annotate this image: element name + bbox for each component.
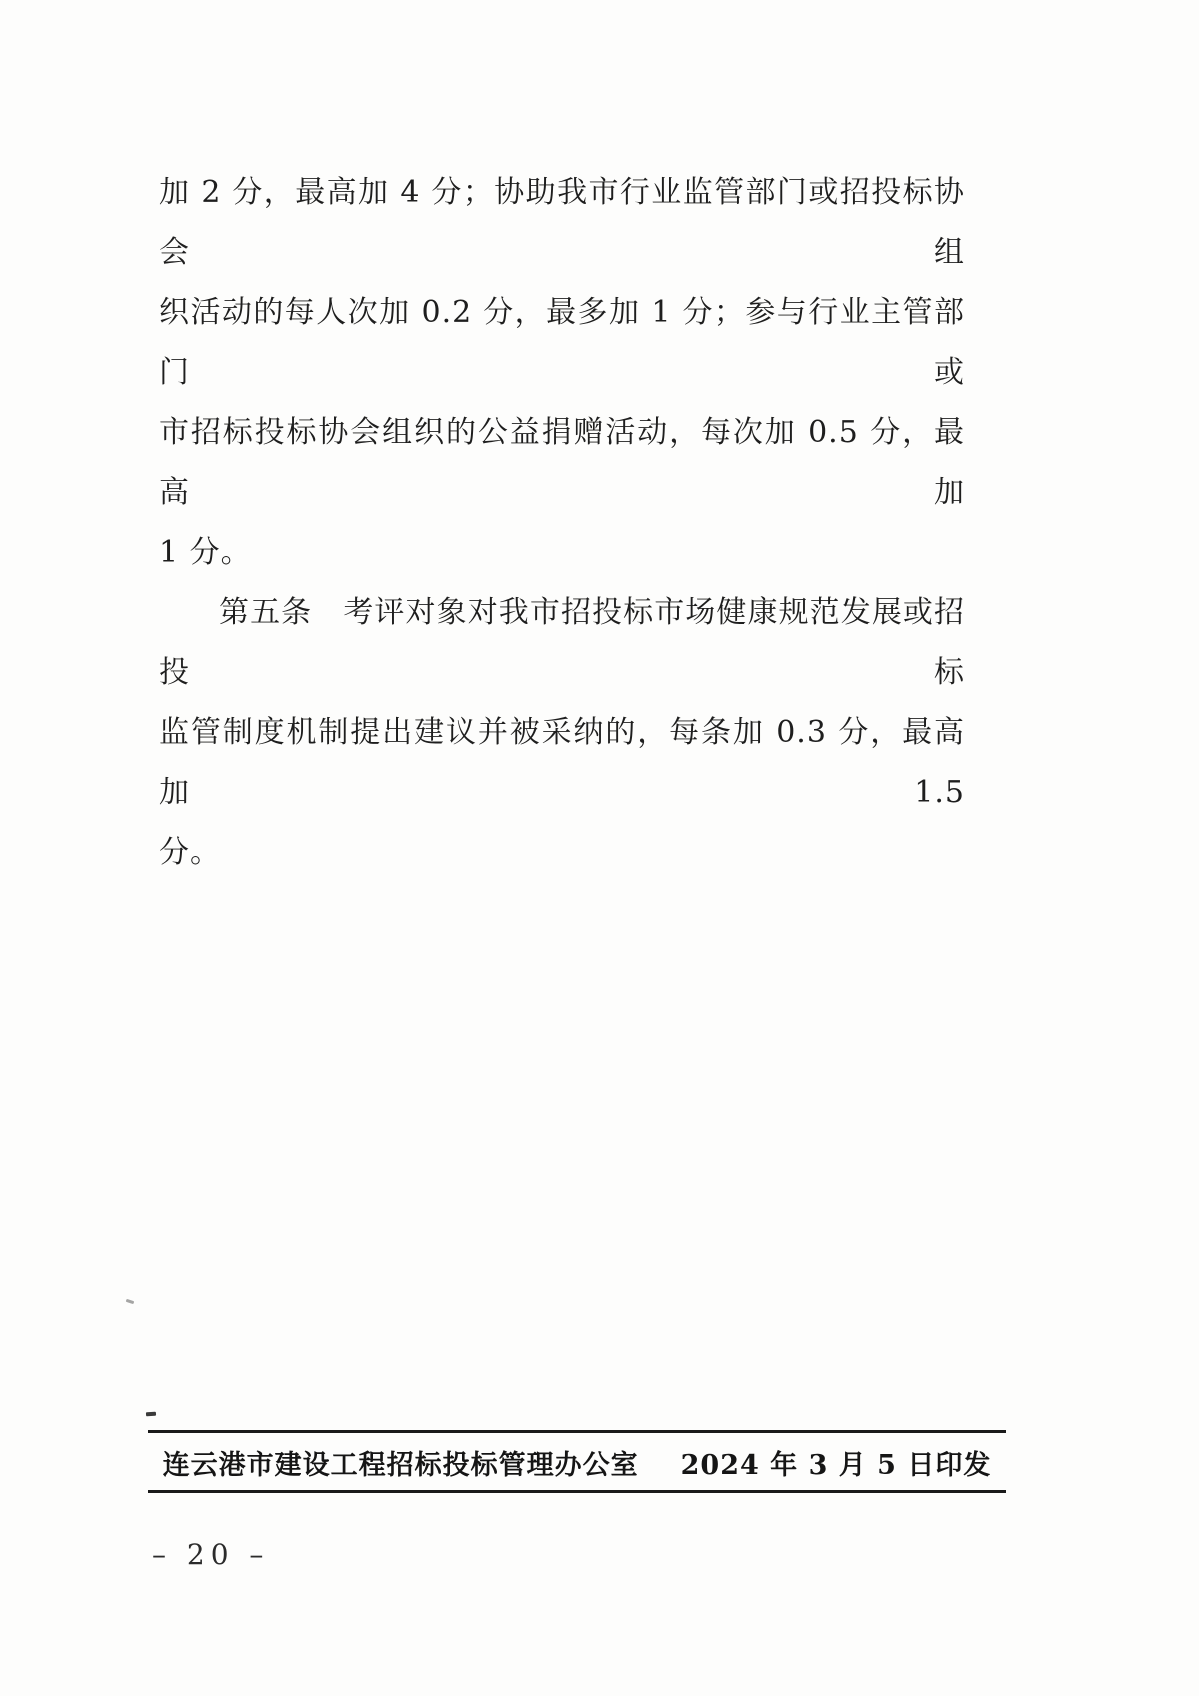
- page-number: – 20 –: [152, 1538, 269, 1571]
- body-text: 加 2 分，最高加 4 分；协助我市行业监管部门或招投标协会组 织活动的每人次加…: [159, 163, 965, 883]
- footer-rule-top: [148, 1430, 1006, 1433]
- scan-speck: [146, 1412, 156, 1417]
- document-page: 加 2 分，最高加 4 分；协助我市行业监管部门或招投标协会组 织活动的每人次加…: [0, 0, 1199, 1696]
- footer-issuer: 连云港市建设工程招标投标管理办公室: [163, 1443, 639, 1482]
- paragraph-1-line-2: 织活动的每人次加 0.2 分，最多加 1 分；参与行业主管部门或: [159, 283, 965, 403]
- paragraph-1-line-4: 1 分。: [159, 523, 965, 583]
- footer-rule-bottom: [148, 1490, 1006, 1493]
- paragraph-1-line-1: 加 2 分，最高加 4 分；协助我市行业监管部门或招投标协会组: [159, 163, 965, 283]
- paragraph-2-line-1: 第五条 考评对象对我市招投标市场健康规范发展或招投标: [159, 583, 965, 703]
- footer-imprint: 连云港市建设工程招标投标管理办公室 2024 年 3 月 5 日印发: [148, 1440, 1006, 1484]
- paragraph-2-line-3: 分。: [159, 823, 965, 883]
- paragraph-1-line-3: 市招标投标协会组织的公益捐赠活动，每次加 0.5 分，最高加: [159, 403, 965, 523]
- paragraph-2-line-2: 监管制度机制提出建议并被采纳的，每条加 0.3 分，最高加 1.5: [159, 703, 965, 823]
- footer-print-date: 2024 年 3 月 5 日印发: [681, 1443, 992, 1482]
- scan-speck: [126, 1299, 135, 1304]
